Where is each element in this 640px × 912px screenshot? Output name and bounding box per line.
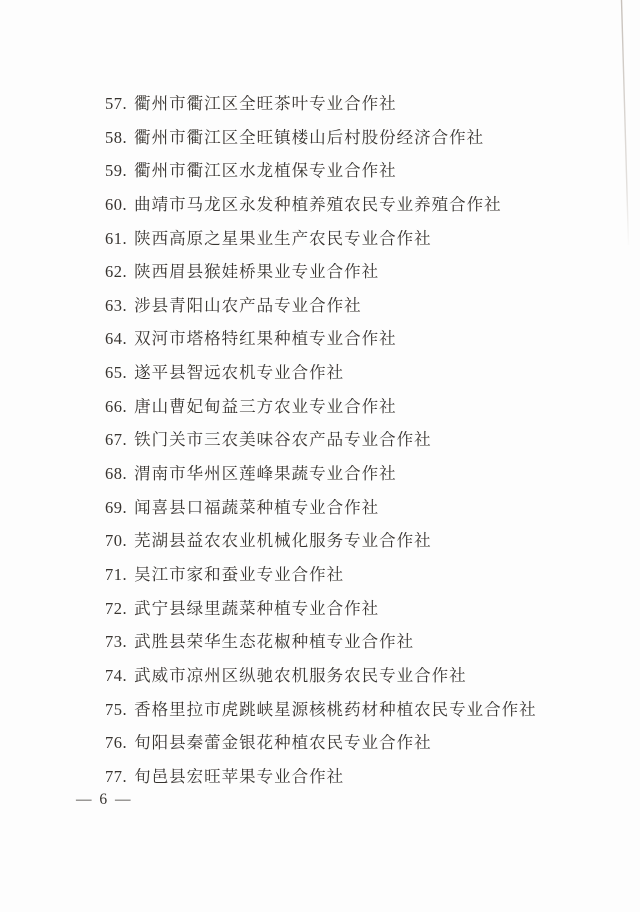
item-number: 69. xyxy=(105,498,127,517)
item-number: 65. xyxy=(105,363,127,382)
list-item: 69.闻喜县口福蔬菜种植专业合作社 xyxy=(105,491,537,525)
page-number: — 6 — xyxy=(76,791,133,809)
item-number: 71. xyxy=(105,565,127,584)
document-page: 57.衢州市衢江区全旺茶叶专业合作社58.衢州市衢江区全旺镇楼山后村股份经济合作… xyxy=(0,0,640,912)
item-text: 香格里拉市虎跳峡星源核桃药材种植农民专业合作社 xyxy=(134,700,537,719)
list-item: 60.曲靖市马龙区永发种植养殖农民专业养殖合作社 xyxy=(105,188,537,222)
item-number: 75. xyxy=(105,700,127,719)
item-text: 武宁县绿里蔬菜种植专业合作社 xyxy=(134,599,379,618)
item-number: 67. xyxy=(105,430,127,449)
item-text: 衢州市衢江区水龙植保专业合作社 xyxy=(134,161,397,180)
list-item: 64.双河市塔格特红果种植专业合作社 xyxy=(105,322,537,356)
item-text: 曲靖市马龙区永发种植养殖农民专业养殖合作社 xyxy=(134,195,502,214)
item-number: 57. xyxy=(105,94,127,113)
list-item: 74.武威市凉州区纵驰农机服务农民专业合作社 xyxy=(105,659,537,693)
item-number: 62. xyxy=(105,262,127,281)
list-item: 58.衢州市衢江区全旺镇楼山后村股份经济合作社 xyxy=(105,121,537,155)
item-text: 旬阳县秦蕾金银花种植农民专业合作社 xyxy=(134,733,432,752)
item-text: 衢州市衢江区全旺茶叶专业合作社 xyxy=(134,94,397,113)
item-text: 芜湖县益农农业机械化服务专业合作社 xyxy=(134,531,432,550)
item-text: 遂平县智远农机专业合作社 xyxy=(134,363,344,382)
item-text: 吴江市家和蚕业专业合作社 xyxy=(134,565,344,584)
item-number: 76. xyxy=(105,733,127,752)
item-number: 68. xyxy=(105,464,127,483)
item-text: 衢州市衢江区全旺镇楼山后村股份经济合作社 xyxy=(134,128,484,147)
list-item: 62.陕西眉县猴娃桥果业专业合作社 xyxy=(105,255,537,289)
item-text: 陕西眉县猴娃桥果业专业合作社 xyxy=(134,262,379,281)
item-text: 武威市凉州区纵驰农机服务农民专业合作社 xyxy=(134,666,467,685)
item-number: 61. xyxy=(105,229,127,248)
item-number: 66. xyxy=(105,397,127,416)
item-number: 74. xyxy=(105,666,127,685)
item-number: 72. xyxy=(105,599,127,618)
item-text: 双河市塔格特红果种植专业合作社 xyxy=(134,329,397,348)
item-number: 60. xyxy=(105,195,127,214)
list-item: 59.衢州市衢江区水龙植保专业合作社 xyxy=(105,154,537,188)
list-item: 63.涉县青阳山农产品专业合作社 xyxy=(105,289,537,323)
item-number: 77. xyxy=(105,767,127,786)
list-item: 68.渭南市华州区莲峰果蔬专业合作社 xyxy=(105,457,537,491)
item-text: 陕西高原之星果业生产农民专业合作社 xyxy=(134,229,432,248)
item-number: 64. xyxy=(105,329,127,348)
list-item: 70.芜湖县益农农业机械化服务专业合作社 xyxy=(105,524,537,558)
list-item: 67.铁门关市三农美味谷农产品专业合作社 xyxy=(105,423,537,457)
cooperative-list: 57.衢州市衢江区全旺茶叶专业合作社58.衢州市衢江区全旺镇楼山后村股份经济合作… xyxy=(105,87,537,793)
item-text: 渭南市华州区莲峰果蔬专业合作社 xyxy=(134,464,397,483)
item-text: 铁门关市三农美味谷农产品专业合作社 xyxy=(134,430,432,449)
item-number: 59. xyxy=(105,161,127,180)
item-number: 58. xyxy=(105,128,127,147)
item-text: 武胜县荣华生态花椒种植专业合作社 xyxy=(134,632,414,651)
list-item: 71.吴江市家和蚕业专业合作社 xyxy=(105,558,537,592)
item-text: 闻喜县口福蔬菜种植专业合作社 xyxy=(134,498,379,517)
item-text: 旬邑县宏旺苹果专业合作社 xyxy=(134,767,344,786)
list-item: 66.唐山曹妃甸益三方农业专业合作社 xyxy=(105,390,537,424)
item-number: 70. xyxy=(105,531,127,550)
list-item: 65.遂平县智远农机专业合作社 xyxy=(105,356,537,390)
item-number: 73. xyxy=(105,632,127,651)
item-number: 63. xyxy=(105,296,127,315)
list-item: 73.武胜县荣华生态花椒种植专业合作社 xyxy=(105,625,537,659)
list-item: 72.武宁县绿里蔬菜种植专业合作社 xyxy=(105,592,537,626)
list-item: 61.陕西高原之星果业生产农民专业合作社 xyxy=(105,222,537,256)
list-item: 75.香格里拉市虎跳峡星源核桃药材种植农民专业合作社 xyxy=(105,693,537,727)
list-item: 77.旬邑县宏旺苹果专业合作社 xyxy=(105,760,537,794)
list-item: 76.旬阳县秦蕾金银花种植农民专业合作社 xyxy=(105,726,537,760)
list-item: 57.衢州市衢江区全旺茶叶专业合作社 xyxy=(105,87,537,121)
item-text: 唐山曹妃甸益三方农业专业合作社 xyxy=(134,397,397,416)
item-text: 涉县青阳山农产品专业合作社 xyxy=(134,296,362,315)
